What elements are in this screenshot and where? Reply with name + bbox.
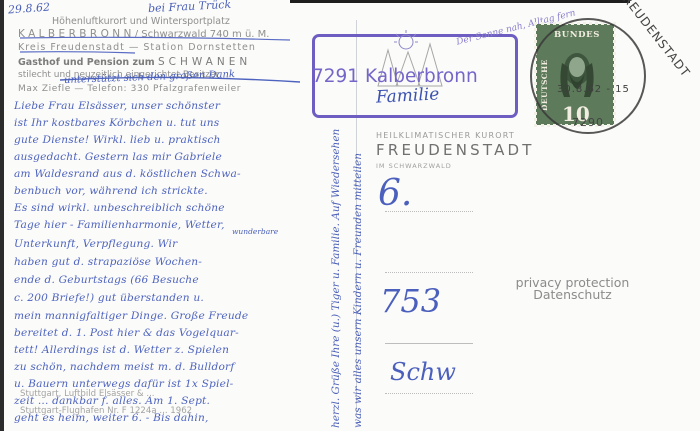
message-line: Liebe Frau Elsässer, unser schönster [14, 100, 220, 112]
message-line: c. 200 Briefe!) gut überstanden u. [14, 292, 204, 304]
message-line: benbuch vor, während ich strickte. [14, 185, 208, 197]
message-line: bereitet d. 1. Post hier & das Vogelquar… [14, 327, 239, 339]
header-underline-strokes [0, 0, 360, 110]
address-handwritten-1: 6. [378, 173, 412, 214]
postmark-date: 30.8.62 - 15 [557, 84, 630, 95]
machine-cancel-line1: HEILKLIMATISCHER KURORT [376, 131, 515, 140]
privacy-watermark: privacy protection Datenschutz [500, 277, 645, 301]
address-line-3 [385, 343, 473, 344]
message-line: Tage hier - Familienharmonie, Wetter, [14, 219, 225, 231]
message-line: Unterkunft, Verpflegung. Wir [14, 238, 177, 250]
interlinear-note: wunderbare [232, 227, 278, 236]
watermark-line2: Datenschutz [500, 289, 645, 301]
message-line: ende d. Geburtstags (66 Besuche [14, 274, 199, 286]
address-handwritten-2: 753 [380, 282, 441, 320]
vertical-margin-note: herzl. Grüße Ihre (u.) Tiger u. Familie.… [330, 129, 342, 428]
printed-footer-line2: Stuttgart-Flughafen Nr. F 1224a ... 1962 [20, 406, 192, 416]
message-line: Es sind wirkl. unbeschreiblich schöne [14, 202, 225, 214]
vertical-margin-note-2: was wir alles unsern Kindern u. Freunden… [352, 153, 364, 428]
machine-cancel-line3: IM SCHWARZWALD [376, 162, 452, 170]
message-line: ausgedacht. Gestern las mir Gabriele [14, 151, 222, 163]
message-line: ist Ihr kostbares Körbchen u. tut uns [14, 117, 219, 129]
message-line: am Waldesrand aus d. köstlichen Schwa- [14, 168, 241, 180]
address-line-4 [385, 393, 473, 394]
message-line: haben gut d. strapaziöse Wochen- [14, 256, 202, 268]
machine-cancel-line2: FREUDENSTADT [376, 141, 535, 159]
printed-footer-line1: Stuttgart, Luftbild Elsässer & ... [20, 389, 155, 399]
message-line: mein mannigfaltiger Dinge. Große Freude [14, 310, 248, 322]
message-line: tett! Allerdings ist d. Wetter z. Spiele… [14, 344, 229, 356]
address-line-2 [385, 272, 473, 273]
postmark-code: 7290 [572, 116, 604, 129]
message-line: zu schön, nachdem meist m. d. Bulldorf [14, 361, 234, 373]
postcard-back: Höhenluftkurort und Wintersportplatz KAL… [0, 0, 700, 431]
message-line: gute Dienste! Wirkl. lieb u. praktisch [14, 134, 221, 146]
handwritten-familie: Familie [376, 84, 440, 107]
address-handwritten-3: Schw [390, 358, 456, 386]
cancel-postcode-place: 7291 Kalberbronn [312, 66, 478, 87]
